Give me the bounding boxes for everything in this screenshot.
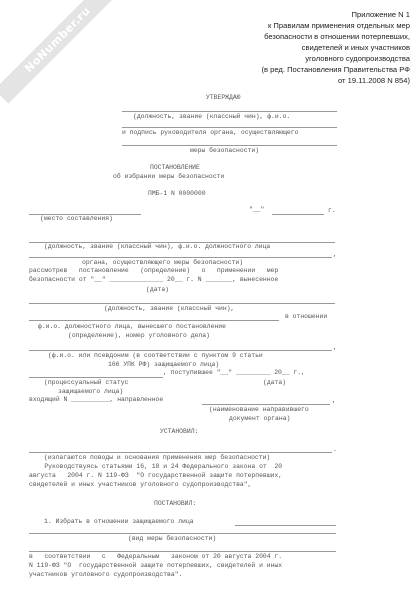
appendix-line: от 19.11.2008 N 854) (261, 75, 410, 86)
approve-title: УТВЕРЖДАЮ (206, 94, 241, 101)
text-line: августа 2004 г. N 119-ФЗ "О государствен… (29, 472, 282, 479)
doc-subtitle: об избрании меры безопасности (113, 173, 224, 180)
doc-title: ПОСТАНОВЛЕНИЕ (150, 164, 200, 171)
caption: (должность, звание (классный чин), (104, 305, 234, 312)
text-line: в соответствии с Федеральным законом от … (29, 553, 282, 560)
in-relation: в отношении (285, 313, 327, 320)
established-title: УСТАНОВИЛ: (160, 428, 198, 435)
caption: (должность, звание (классный чин), ф.и.о… (44, 243, 270, 250)
position-line (29, 303, 335, 304)
fio-line (29, 320, 279, 321)
approve-caption: и подпись руководителя органа, осуществл… (122, 129, 298, 136)
measure-line (29, 533, 336, 534)
caption: (излагаются поводы и основания применени… (44, 454, 270, 461)
appendix-line: свидетелей и иных участников (261, 42, 410, 53)
text-line: Руководствуясь статьями 16, 18 и 24 Феде… (29, 463, 282, 470)
resolved-title: ПОСТАНОВИЛ: (154, 500, 196, 507)
comma: , (332, 397, 336, 404)
sign-line (122, 145, 337, 146)
measure-line (29, 551, 336, 552)
caption: (ф.и.о. или псевдоним (в соответствии с … (48, 352, 263, 359)
caption: (определение), номер уголовного дела) (68, 332, 210, 339)
caption: 166 УПК РФ) защищаемого лица) (108, 361, 219, 368)
date-line (272, 214, 324, 215)
comma: , (333, 344, 337, 351)
organ-line (29, 257, 332, 258)
caption: (вид меры безопасности) (128, 535, 216, 542)
appendix-line: (в ред. Постановления Правительства РФ (261, 64, 410, 75)
caption: (процессуальный статус (44, 379, 128, 386)
appendix-line: безопасности в отношении потерпевших, (261, 31, 410, 42)
appendix-line: к Правилам применения отдельных мер (261, 20, 410, 31)
appendix-note: Приложение N 1 к Правилам применения отд… (261, 9, 410, 86)
caption: ф.и.о. должностного лица, вынесшего пост… (38, 323, 226, 330)
approve-caption: (должность, звание (классный чин), ф.и.о… (133, 113, 290, 120)
item-1: 1. Избрать в отношении защищаемого лица (44, 518, 194, 525)
measure-line (235, 525, 336, 526)
caption: органа, осуществляющего меры безопасност… (82, 259, 243, 266)
place-caption: (место составления) (40, 215, 113, 222)
sign-line (122, 127, 337, 128)
grounds-line (29, 452, 332, 453)
text-line: рассмотрев постановление (определение) о… (29, 267, 278, 274)
approve-caption: меры безопасности) (190, 147, 259, 154)
caption: (дата) (146, 286, 169, 293)
text-line: N 119-ФЗ "О государственной защите потер… (29, 562, 282, 569)
caption: защищаемого лица) (58, 388, 123, 395)
comma: , (333, 251, 337, 258)
period: . (333, 446, 337, 453)
date-day: "__" (249, 206, 264, 213)
pseudonym-line (29, 350, 332, 351)
received-text: , поступившее "__" _________ 20__ г., (163, 369, 305, 376)
text-line: участников уголовного судопроизводства". (29, 571, 182, 578)
appendix-line: уголовного судопроизводства (261, 53, 410, 64)
caption: (наименование направившего (209, 406, 309, 413)
incoming-text: входящий N __________, направленное (29, 396, 163, 403)
watermark: NoNumber.ru (0, 0, 122, 104)
sign-line (122, 111, 337, 112)
status-line (29, 377, 163, 378)
text-line: безопасности от "__" ______________ 20__… (29, 276, 278, 283)
year-suffix: г. (328, 207, 336, 214)
organ-name-line (202, 404, 330, 405)
appendix-line: Приложение N 1 (261, 9, 410, 20)
text-line: свидетелей и иных участников уголовного … (29, 481, 251, 488)
caption: (дата) (263, 379, 286, 386)
caption: документ органа) (229, 415, 290, 422)
doc-number: ПМБ-1 N 0000000 (148, 190, 206, 197)
